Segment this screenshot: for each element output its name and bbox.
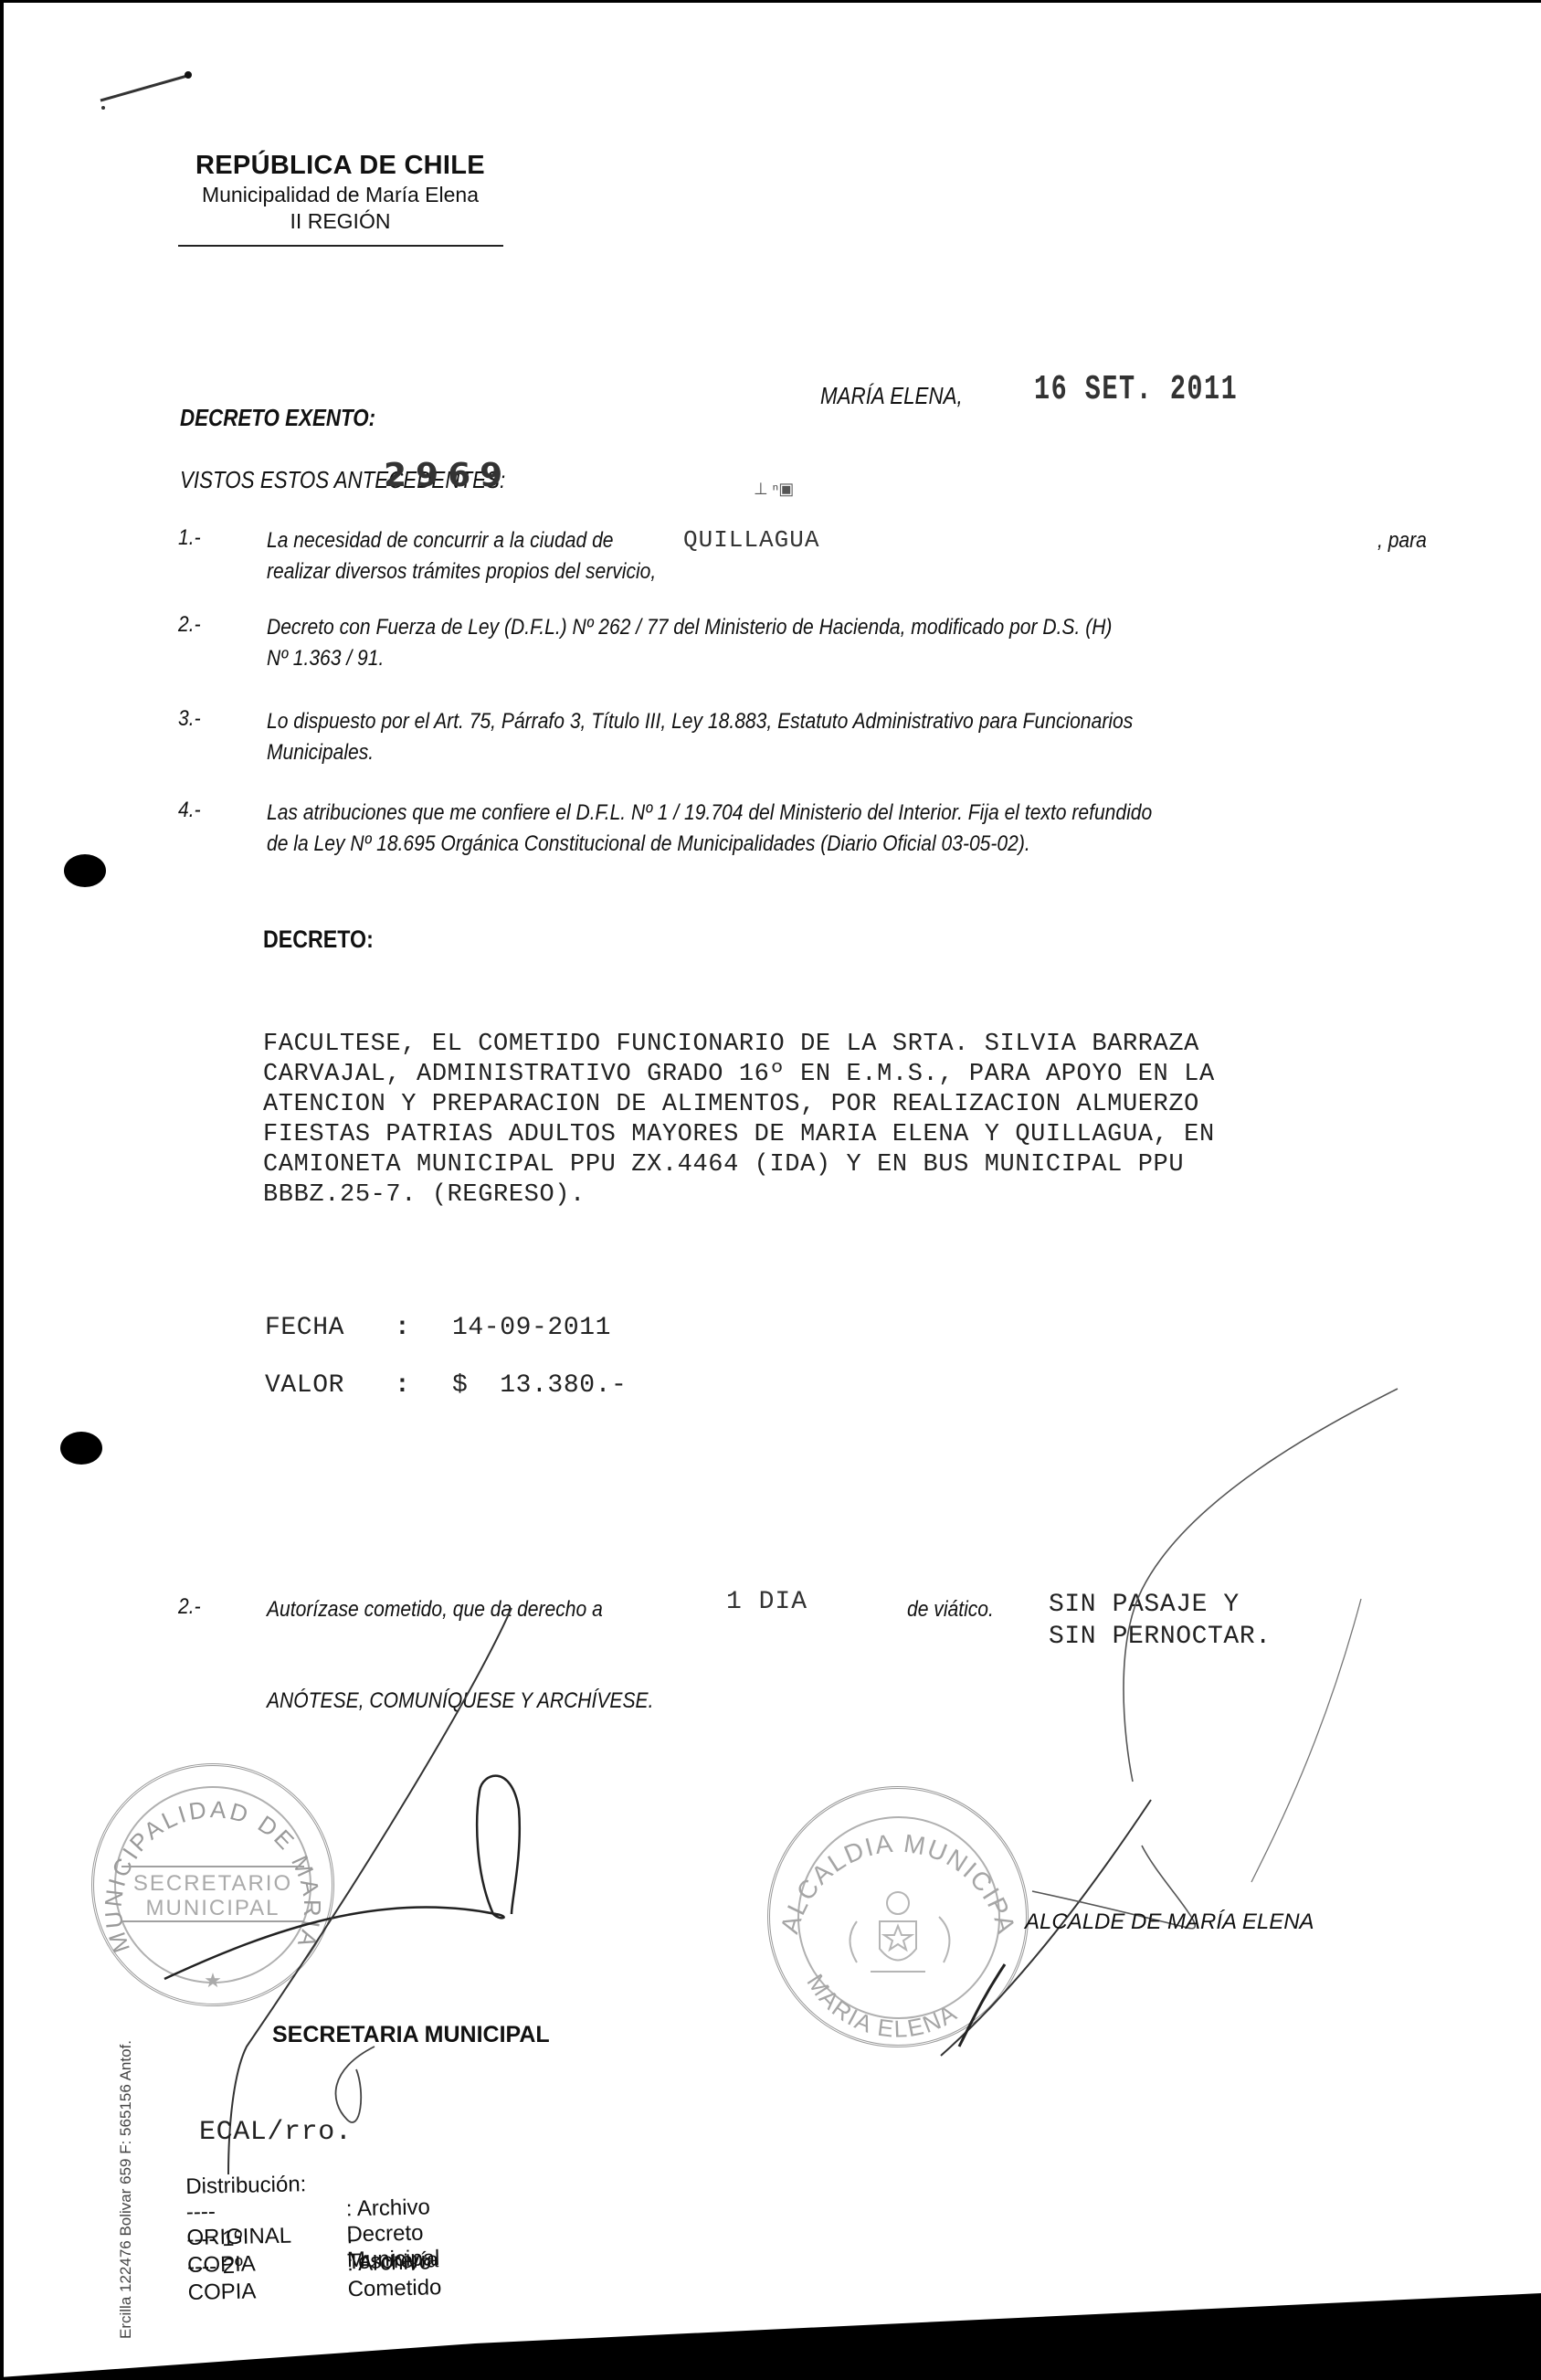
distribution-title: Distribución:	[185, 2172, 307, 2200]
distribution-copy: ---- 2º COPIA	[187, 2252, 309, 2306]
distribution-block: Distribución: ---- ORIGINAL : Archivo De…	[185, 2172, 308, 2282]
mayor-signature	[0, 0, 1541, 2380]
printer-margin-note: Ercilla 122476 Bolivar 659 F: 565156 Ant…	[117, 2040, 135, 2339]
distribution-dest: : Archivo Cometido	[347, 2249, 442, 2302]
mayor-title: ALCALDE DE MARÍA ELENA	[1025, 1909, 1314, 1935]
initials: ECAL/rro.	[199, 2118, 352, 2148]
document-page: REPÚBLICA DE CHILE Municipalidad de Marí…	[0, 0, 1541, 2380]
secretary-title: SECRETARIA MUNICIPAL	[272, 2022, 550, 2048]
